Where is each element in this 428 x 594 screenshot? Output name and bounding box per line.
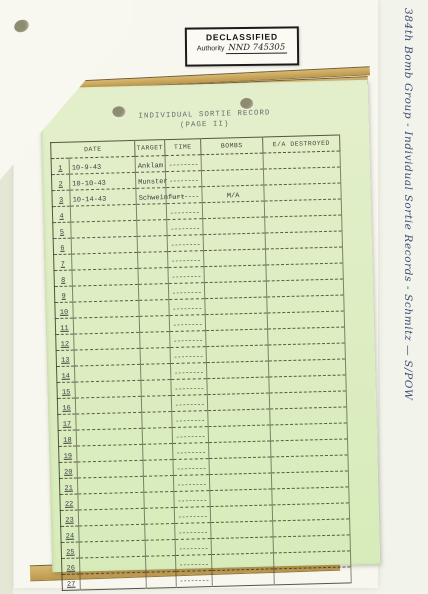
date-cell — [78, 492, 144, 510]
time-filler-text: -------- — [168, 161, 198, 170]
time-filler-text: -------- — [170, 241, 200, 250]
time-filler-text: -------- — [177, 497, 207, 506]
time-filler-text: -------- — [174, 369, 204, 378]
photo-background: INDIVIDUAL SORTIE RECORD (PAGE II) DATE … — [0, 0, 428, 594]
bombs-cell — [211, 537, 273, 555]
row-number: 4 — [52, 206, 70, 222]
row-number: 21 — [59, 478, 77, 494]
date-cell — [75, 364, 141, 382]
row-number-text: 2 — [59, 181, 63, 189]
target-cell — [141, 380, 171, 397]
date-cell — [79, 540, 145, 558]
time-filler-text: -------- — [173, 353, 203, 362]
row-number-text: 11 — [60, 325, 69, 333]
time-filler: -------- — [172, 427, 208, 444]
time-filler: -------- — [176, 555, 212, 572]
bombs-cell — [204, 281, 266, 299]
bombs-cell — [206, 329, 268, 347]
row-number: 22 — [60, 494, 78, 510]
time-filler: -------- — [165, 155, 201, 172]
target-cell — [140, 364, 170, 381]
time-filler-text: -------- — [170, 209, 200, 218]
row-number: 15 — [57, 382, 75, 398]
bombs-cell — [201, 169, 263, 187]
row-number-text: 26 — [66, 565, 75, 573]
row-number-text: 12 — [61, 341, 70, 349]
ea-cell — [274, 567, 351, 585]
column-header-time: TIME — [165, 139, 201, 156]
time-filler: -------- — [173, 475, 209, 492]
time-filler-text: -------- — [178, 529, 208, 538]
target-cell — [143, 476, 173, 493]
target-cell — [145, 539, 175, 556]
bombs-cell — [208, 409, 270, 427]
date-cell — [77, 476, 143, 494]
time-filler-text: -------- — [169, 177, 199, 186]
target-cell: Munster — [135, 172, 165, 189]
time-filler: -------- — [175, 523, 211, 540]
time-filler-text: -------- — [174, 385, 204, 394]
row-number: 17 — [58, 414, 76, 430]
target-cell — [143, 444, 173, 461]
punch-hole-icon — [12, 17, 31, 34]
row-number: 11 — [55, 318, 73, 334]
date-cell — [79, 524, 145, 542]
target-cell — [137, 220, 167, 237]
row-number: 12 — [56, 334, 74, 350]
row-number-text: 19 — [64, 453, 73, 461]
bombs-cell — [201, 153, 263, 171]
time-filler: -------- — [165, 171, 201, 188]
date-cell: 10-14-43 — [70, 188, 136, 206]
row-number-text: 8 — [61, 277, 65, 285]
date-cell — [76, 412, 142, 430]
row-number-text: 23 — [65, 517, 74, 525]
column-header-target: TARGET — [135, 140, 165, 157]
time-filler-text: -------- — [171, 257, 201, 266]
bombs-cell — [209, 441, 271, 459]
bombs-cell — [207, 377, 269, 395]
time-filler: -------- — [168, 251, 204, 268]
date-cell — [77, 444, 143, 462]
time-filler: -------- — [169, 299, 205, 316]
date-cell — [74, 348, 140, 366]
row-number: 13 — [56, 350, 74, 366]
date-cell-text: 10-14-43 — [73, 196, 107, 205]
row-number-text: 4 — [59, 213, 63, 221]
time-filler-text: -------- — [172, 305, 202, 314]
page-title: INDIVIDUAL SORTIE RECORD (PAGE II) — [40, 107, 368, 135]
bombs-cell — [204, 265, 266, 283]
row-number-text: 14 — [61, 373, 70, 381]
time-filler: -------- — [168, 267, 204, 284]
time-filler: -------- — [169, 315, 205, 332]
sortie-record-page: INDIVIDUAL SORTIE RECORD (PAGE II) DATE … — [40, 80, 381, 572]
target-cell — [141, 396, 171, 413]
time-filler: -------- — [173, 459, 209, 476]
row-number: 14 — [57, 366, 75, 382]
bombs-cell — [209, 473, 271, 491]
date-cell — [78, 508, 144, 526]
bombs-cell — [202, 201, 264, 219]
time-filler-text: -------- — [171, 273, 201, 282]
time-filler: -------- — [168, 283, 204, 300]
date-cell — [72, 252, 138, 270]
date-cell — [80, 556, 146, 574]
bombs-cell — [204, 249, 266, 267]
row-number: 25 — [61, 542, 79, 558]
time-filler: -------- — [166, 187, 202, 204]
row-number-text: 13 — [61, 357, 70, 365]
row-number: 8 — [54, 270, 72, 286]
time-filler-text: -------- — [179, 577, 209, 586]
row-number: 10 — [55, 302, 73, 318]
row-number-text: 25 — [66, 549, 75, 557]
target-cell — [144, 507, 174, 524]
row-number-text: 3 — [59, 197, 63, 205]
row-number-text: 17 — [63, 421, 72, 429]
bombs-cell — [205, 313, 267, 331]
row-number: 20 — [59, 462, 77, 478]
time-filler: -------- — [173, 443, 209, 460]
row-number: 26 — [62, 558, 80, 574]
row-number: 6 — [53, 238, 71, 254]
date-cell — [71, 236, 137, 254]
date-cell — [73, 316, 139, 334]
target-cell — [142, 428, 172, 445]
date-cell: 10-10-43 — [69, 172, 135, 190]
stamp-authority-value: NND 745305 — [226, 43, 287, 55]
bombs-cell — [210, 505, 272, 523]
time-filler: -------- — [170, 331, 206, 348]
bombs-cell — [205, 297, 267, 315]
row-number: 27 — [62, 574, 80, 590]
target-cell — [139, 316, 169, 333]
bombs-cell — [208, 425, 270, 443]
target-cell — [137, 236, 167, 253]
time-filler: -------- — [175, 539, 211, 556]
date-cell — [74, 332, 140, 350]
target-cell — [138, 284, 168, 301]
row-number-text: 10 — [60, 309, 69, 317]
bombs-cell — [211, 553, 273, 571]
date-cell-text: 10-10-43 — [72, 180, 106, 189]
row-number: 3 — [52, 190, 70, 206]
date-cell — [77, 460, 143, 478]
target-cell: Anklam — [135, 156, 165, 173]
column-header-bombs: BOMBS — [201, 137, 263, 155]
bombs-cell — [209, 457, 271, 475]
bombs-cell — [206, 345, 268, 363]
date-cell: 10-9-43 — [69, 156, 135, 174]
row-number: 1 — [51, 158, 69, 174]
row-number-text: 5 — [60, 229, 64, 237]
sortie-table: DATE TARGET TIME BOMBS E/A DESTROYED 110… — [50, 135, 352, 591]
time-filler: -------- — [170, 363, 206, 380]
target-cell — [139, 300, 169, 317]
time-filler: -------- — [171, 379, 207, 396]
bombs-cell — [212, 569, 274, 587]
time-filler-text: -------- — [177, 481, 207, 490]
declassified-stamp: DECLASSIFIED Authority NND 745305 — [185, 26, 299, 66]
date-cell — [72, 268, 138, 286]
target-cell — [142, 412, 172, 429]
time-filler-text: -------- — [170, 225, 200, 234]
target-cell — [140, 348, 170, 365]
date-cell-text: 10-9-43 — [72, 164, 102, 173]
time-filler-text: -------- — [178, 545, 208, 554]
time-filler-text: -------- — [173, 337, 203, 346]
row-number-text: 9 — [61, 293, 65, 301]
row-number: 23 — [60, 510, 78, 526]
target-cell — [140, 332, 170, 349]
row-number-text: 27 — [67, 581, 76, 589]
handwritten-margin-note: 384th Bomb Group - Individual Sortie Rec… — [398, 8, 414, 410]
time-filler: -------- — [176, 571, 212, 588]
target-cell: Schweinfurt — [136, 188, 166, 205]
stamp-authority-line: Authority NND 745305 — [187, 42, 297, 53]
bombs-cell — [203, 233, 265, 251]
row-number-text: 15 — [62, 389, 71, 397]
row-number-text: 18 — [63, 437, 72, 445]
bombs-cell — [203, 217, 265, 235]
row-number-text: 6 — [60, 245, 64, 253]
row-number-text: 20 — [64, 469, 73, 477]
row-number: 9 — [54, 286, 72, 302]
row-number: 2 — [51, 174, 69, 190]
date-cell — [80, 572, 146, 590]
date-cell — [72, 284, 138, 302]
target-cell — [138, 252, 168, 269]
time-filler-text: -------- — [175, 401, 205, 410]
time-filler-text: -------- — [176, 449, 206, 458]
time-filler-text: -------- — [173, 321, 203, 330]
target-cell — [138, 268, 168, 285]
row-number-text: 16 — [62, 405, 71, 413]
stamp-title: DECLASSIFIED — [187, 31, 297, 42]
time-filler: -------- — [172, 411, 208, 428]
row-number: 7 — [54, 254, 72, 270]
target-cell — [145, 523, 175, 540]
time-filler: -------- — [167, 219, 203, 236]
target-cell — [136, 204, 166, 221]
stamp-authority-label: Authority — [197, 45, 225, 52]
row-number: 5 — [53, 222, 71, 238]
target-cell — [144, 492, 174, 509]
bombs-cell: M/A — [202, 185, 264, 203]
bombs-cell — [210, 489, 272, 507]
time-filler-text: -------- — [175, 417, 205, 426]
time-filler: -------- — [174, 507, 210, 524]
row-number-text: 1 — [58, 165, 62, 173]
time-filler: -------- — [171, 395, 207, 412]
row-number-text: 24 — [66, 533, 75, 541]
bombs-cell — [207, 393, 269, 411]
time-filler-text: -------- — [172, 289, 202, 298]
row-number-text: 21 — [64, 485, 73, 493]
target-cell-text: Anklam — [138, 162, 163, 171]
date-cell — [73, 300, 139, 318]
sortie-table-body: 110-9-43Anklam--------210-10-43Munster--… — [51, 151, 351, 590]
target-cell — [143, 460, 173, 477]
date-cell — [70, 204, 136, 222]
time-filler-text: -------- — [169, 193, 199, 202]
row-number: 16 — [57, 398, 75, 414]
time-filler-text: -------- — [178, 513, 208, 522]
time-filler: -------- — [167, 235, 203, 252]
bombs-cell — [211, 521, 273, 539]
target-cell — [146, 555, 176, 572]
time-filler: -------- — [166, 203, 202, 220]
date-cell — [76, 428, 142, 446]
time-filler-text: -------- — [179, 561, 209, 570]
date-cell — [75, 396, 141, 414]
row-number-text: 7 — [61, 261, 65, 269]
time-filler-text: -------- — [176, 465, 206, 474]
bombs-cell — [206, 361, 268, 379]
time-filler: -------- — [170, 347, 206, 364]
time-filler: -------- — [174, 491, 210, 508]
time-filler-text: -------- — [176, 433, 206, 442]
row-number: 24 — [61, 526, 79, 542]
punch-hole-icon — [240, 98, 253, 109]
target-cell-text: Munster — [138, 178, 168, 187]
row-number-text: 22 — [65, 501, 74, 509]
bombs-cell-text: M/A — [227, 192, 240, 200]
date-cell — [75, 380, 141, 398]
date-cell — [71, 220, 137, 238]
row-number: 18 — [58, 430, 76, 446]
row-number: 19 — [59, 446, 77, 462]
target-cell — [146, 571, 176, 588]
